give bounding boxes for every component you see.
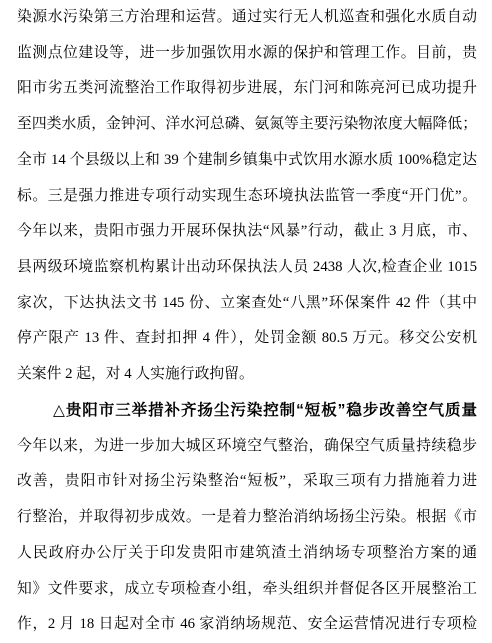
text-line: 人民政府办公厅关于印发贵阳市建筑渣土消纳场专项整治方案的通 [17,536,477,572]
text-line: 标。三是强力推进专项行动实现生态环境执法监管一季度“开门优”。 [17,179,477,215]
document-page: 染源水污染第三方治理和运营。通过实行无人机巡查和强化水质自动 监测点位建设等，进… [0,0,492,643]
text-line: 县两级环境监察机构累计出动环保执法人员 2438 人次,检查企业 1015 [17,250,477,286]
text-line: 今年以来，为进一步加大城区环境空气整治，确保空气质量持续稳步 [17,429,477,465]
section-heading: △贵阳市三举措补齐扬尘污染控制“短板”稳步改善空气质量 [17,393,477,429]
text-line: 今年以来，贵阳市强力开展环保执法“风暴”行动，截止 3 月底，市、 [17,214,477,250]
text-line: 至四类水质，金钟河、洋水河总磷、氨氮等主要污染物浓度大幅降低； [17,107,477,143]
text-line: 阳市劣五类河流整治工作取得初步进展，东门河和陈亮河已成功提升 [17,71,477,107]
text-line: 全市 14 个县级以上和 39 个建制乡镇集中式饮用水源水质 100%稳定达 [17,143,477,179]
text-line: 行整治，并取得初步成效。一是着力整治消纳场扬尘污染。根据《市 [17,500,477,536]
paragraph-end-line: 关案件 2 起，对 4 人实施行政拘留。 [17,357,477,393]
text-line: 改善，贵阳市针对扬尘污染整治“短板”，采取三项有力措施着力进 [17,464,477,500]
text-line: 监测点位建设等，进一步加强饮用水源的保护和管理工作。目前，贵 [17,36,477,72]
text-line: 停产限产 13 件、查封扣押 4 件），处罚金额 80.5 万元。移交公安机 [17,321,477,357]
text-line: 染源水污染第三方治理和运营。通过实行无人机巡查和强化水质自动 [17,0,477,36]
text-line: 家次，下达执法文书 145 份、立案查处“八黑”环保案件 42 件（其中 [17,286,477,322]
text-line: 知》文件要求，成立专项检查小组，牵头组织并督促各区开展整治工 [17,572,477,608]
text-line: 作，2 月 18 日起对全市 46 家消纳场规范、安全运营情况进行专项检 [17,607,477,643]
